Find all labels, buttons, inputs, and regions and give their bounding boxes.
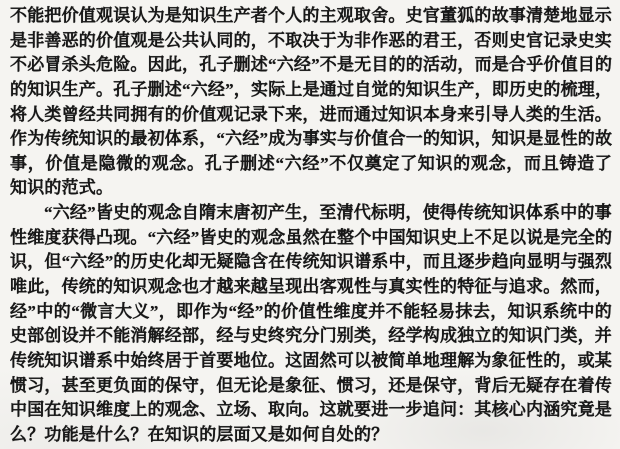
text-line: 性维度获得凸现。“六经”皆史的观念虽然在整个中国知识史上不足以说是完全的共: [10, 226, 612, 251]
text-line: 识，但“六经”的历史化却无疑隐含在传统知识谱系中，而且逐步趋向显明与强烈。: [10, 250, 612, 275]
document-page: 不能把价值观误认为是知识生产者个人的主观取舍。史官董狐的故事清楚地显示， 是非善…: [0, 0, 620, 449]
text-line: 传统知识谱系中始终居于首要地位。这固然可以被简单地理解为象征性的，或某种: [10, 349, 612, 374]
paragraph: “六经”皆史的观念自隋末唐初产生，至清代标明，使得传统知识体系中的事实 性维度获…: [10, 201, 612, 447]
paragraph: 不能把价值观误认为是知识生产者个人的主观取舍。史官董狐的故事清楚地显示， 是非善…: [10, 4, 612, 201]
text-line: 不必冒杀头危险。因此，孔子删述“六经”不是无目的的活动，而是合乎价值目的: [10, 53, 612, 78]
text-line: 将人类曾经共同拥有的价值观记录下来，进而通过知识本身来引导人类的生活。: [10, 103, 612, 128]
text-line: 唯此，传统的知识观念也才越来越呈现出客观性与真实性的特征与追求。然而，“六: [10, 275, 612, 300]
text-line: 么？功能是什么？在知识的层面又是如何自处的？: [10, 423, 612, 448]
text-line: “六经”皆史的观念自隋末唐初产生，至清代标明，使得传统知识体系中的事实: [10, 201, 612, 226]
text-line: 作为传统知识的最初体系，“六经”成为事实与价值合一的知识，知识是显性的故: [10, 127, 612, 152]
text-line: 不能把价值观误认为是知识生产者个人的主观取舍。史官董狐的故事清楚地显示，: [10, 4, 612, 29]
text-line: 事，价值是隐微的观念。孔子删述“六经”不仅奠定了知识的观念，而且铸造了: [10, 152, 612, 177]
text-line: 是非善恶的价值观是公共认同的，不取决于为非作恶的君王，否则史官记录史实就: [10, 29, 612, 54]
text-line: 中国在知识维度上的观念、立场、取向。这就要进一步追问：其核心内涵究竟是什: [10, 398, 612, 423]
text-line: 知识的范式。: [10, 176, 612, 201]
text-line: 史部创设并不能消解经部，经与史终究分门别类，经学构成独立的知识门类，并在: [10, 324, 612, 349]
text-line: 的知识生产。孔子删述“六经”，实际上是通过自觉的知识生产，即历史的梳理，: [10, 78, 612, 103]
text-line: 惯习，甚至更负面的保守，但无论是象征、惯习，还是保守，背后无疑存在着传统: [10, 374, 612, 399]
text-line: 经”中的“微言大义”，即作为“经”的价值性维度并不能轻易抹去，知识系统中的: [10, 300, 612, 325]
